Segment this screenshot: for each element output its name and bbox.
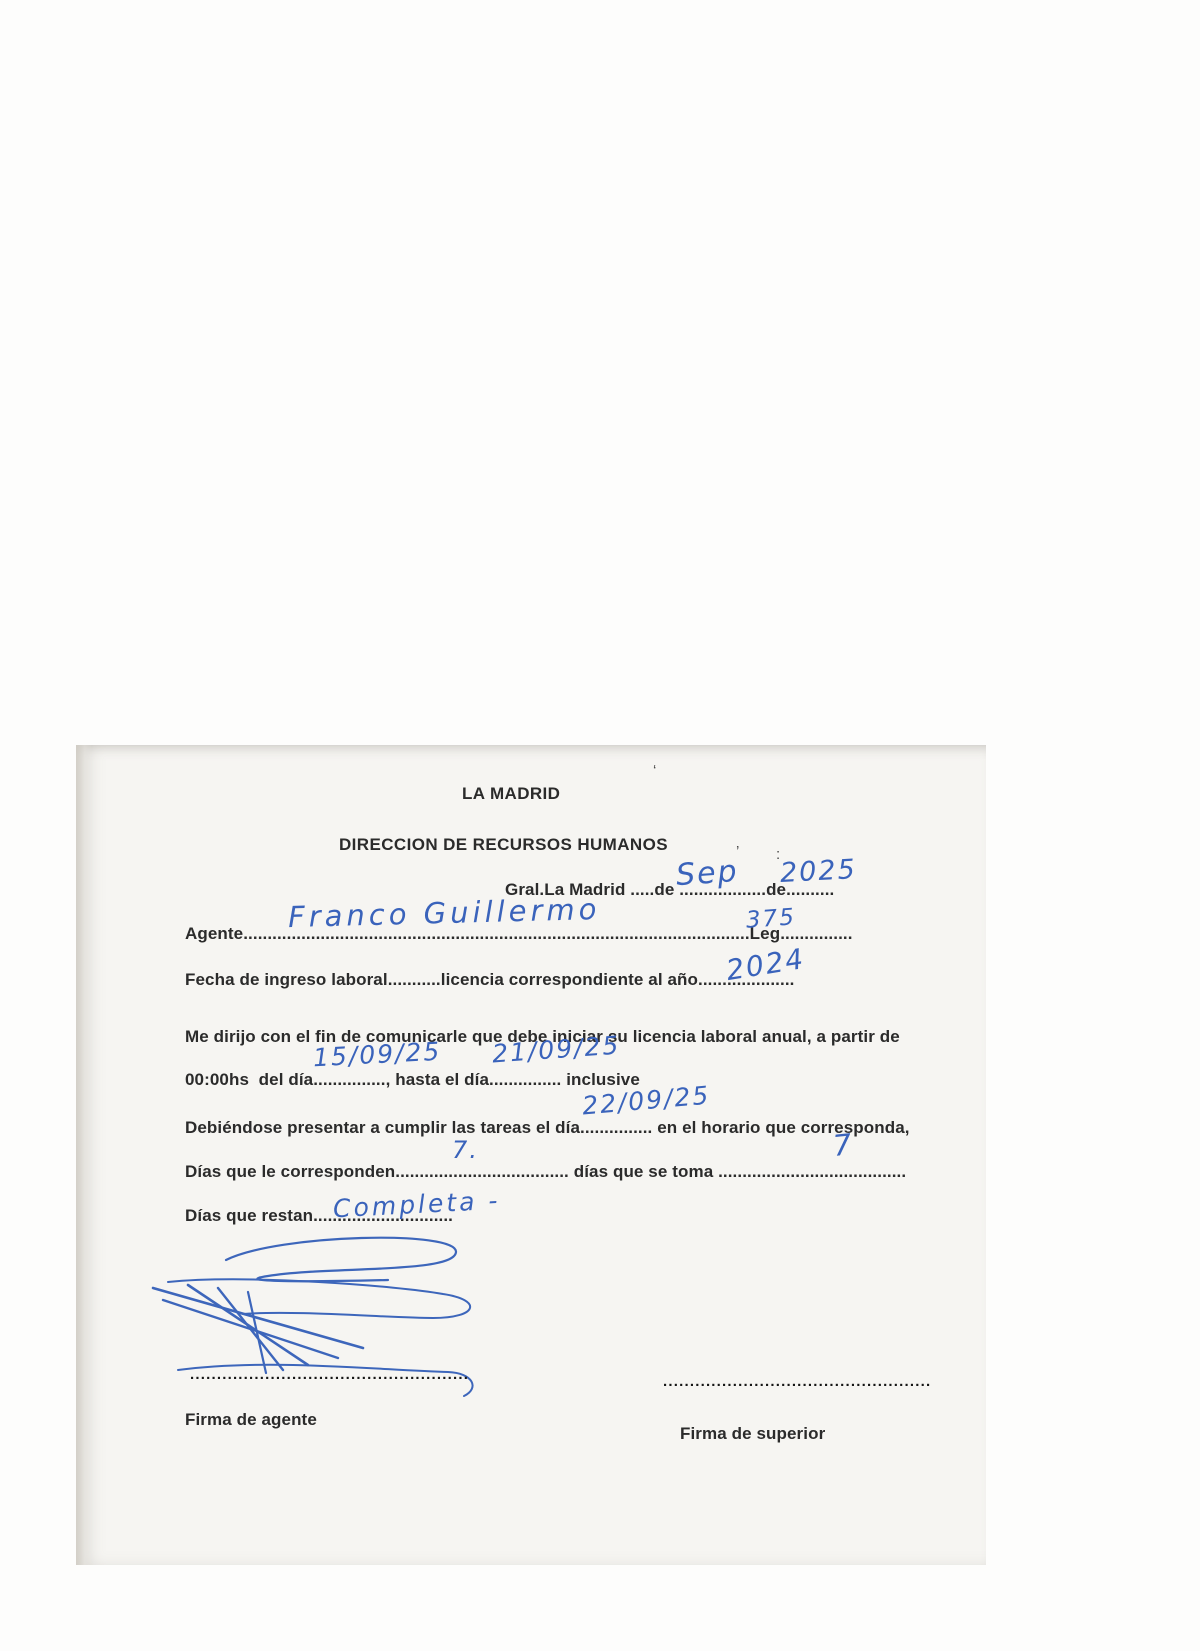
- scan-speck: ‘: [653, 762, 656, 779]
- scan-canvas: ‘ : ’ LA MADRID DIRECCION DE RECURSOS HU…: [0, 0, 1200, 1651]
- licencia-ano-label: licencia correspondiente al año: [441, 970, 698, 989]
- schedule-label: en el horario que corresponda,: [652, 1118, 909, 1137]
- handwritten-days-taken: 7: [831, 1127, 855, 1163]
- return-line: Debiéndose presentar a cumplir las tarea…: [185, 1118, 910, 1138]
- form-subtitle: DIRECCION DE RECURSOS HUMANOS: [339, 835, 668, 855]
- return-label: Debiéndose presentar a cumplir las tarea…: [185, 1118, 580, 1137]
- start-end-line: 00:00hs del día..............., hasta el…: [185, 1070, 640, 1090]
- until-label: , hasta el día: [386, 1070, 489, 1089]
- days-line: Días que le corresponden................…: [185, 1162, 906, 1182]
- agent-label: Agente: [185, 924, 243, 943]
- start-label: 00:00hs del día: [185, 1070, 313, 1089]
- start-date-dotted-field: ...............: [313, 1070, 385, 1089]
- days-taken-label: días que se toma: [569, 1162, 718, 1181]
- handwritten-year: 2025: [779, 854, 857, 889]
- days-owed-label: Días que le corresponden: [185, 1162, 395, 1181]
- superior-signature-label: Firma de superior: [680, 1424, 825, 1444]
- ingreso-dotted-field: ...........: [388, 970, 441, 989]
- handwritten-leg-number: 375: [745, 904, 797, 933]
- agent-signature-label: Firma de agente: [185, 1410, 317, 1430]
- days-taken-dotted-field: .......................................: [718, 1162, 906, 1181]
- days-owed-dotted-field: ....................................: [395, 1162, 569, 1181]
- return-date-dotted-field: ...............: [580, 1118, 652, 1137]
- handwritten-month: Sep: [675, 854, 740, 893]
- ingreso-line: Fecha de ingreso laboral...........licen…: [185, 970, 794, 990]
- end-date-dotted-field: ...............: [489, 1070, 561, 1089]
- ingreso-label: Fecha de ingreso laboral: [185, 970, 388, 989]
- superior-signature-dotted-line: ........................................…: [663, 1373, 931, 1390]
- form-title: LA MADRID: [462, 784, 560, 804]
- agent-signature-dotted-line: ........................................…: [190, 1366, 469, 1383]
- remaining-label: Días que restan: [185, 1206, 313, 1225]
- inclusive-label: inclusive: [561, 1070, 639, 1089]
- handwritten-days-owed: 7.: [452, 1136, 479, 1164]
